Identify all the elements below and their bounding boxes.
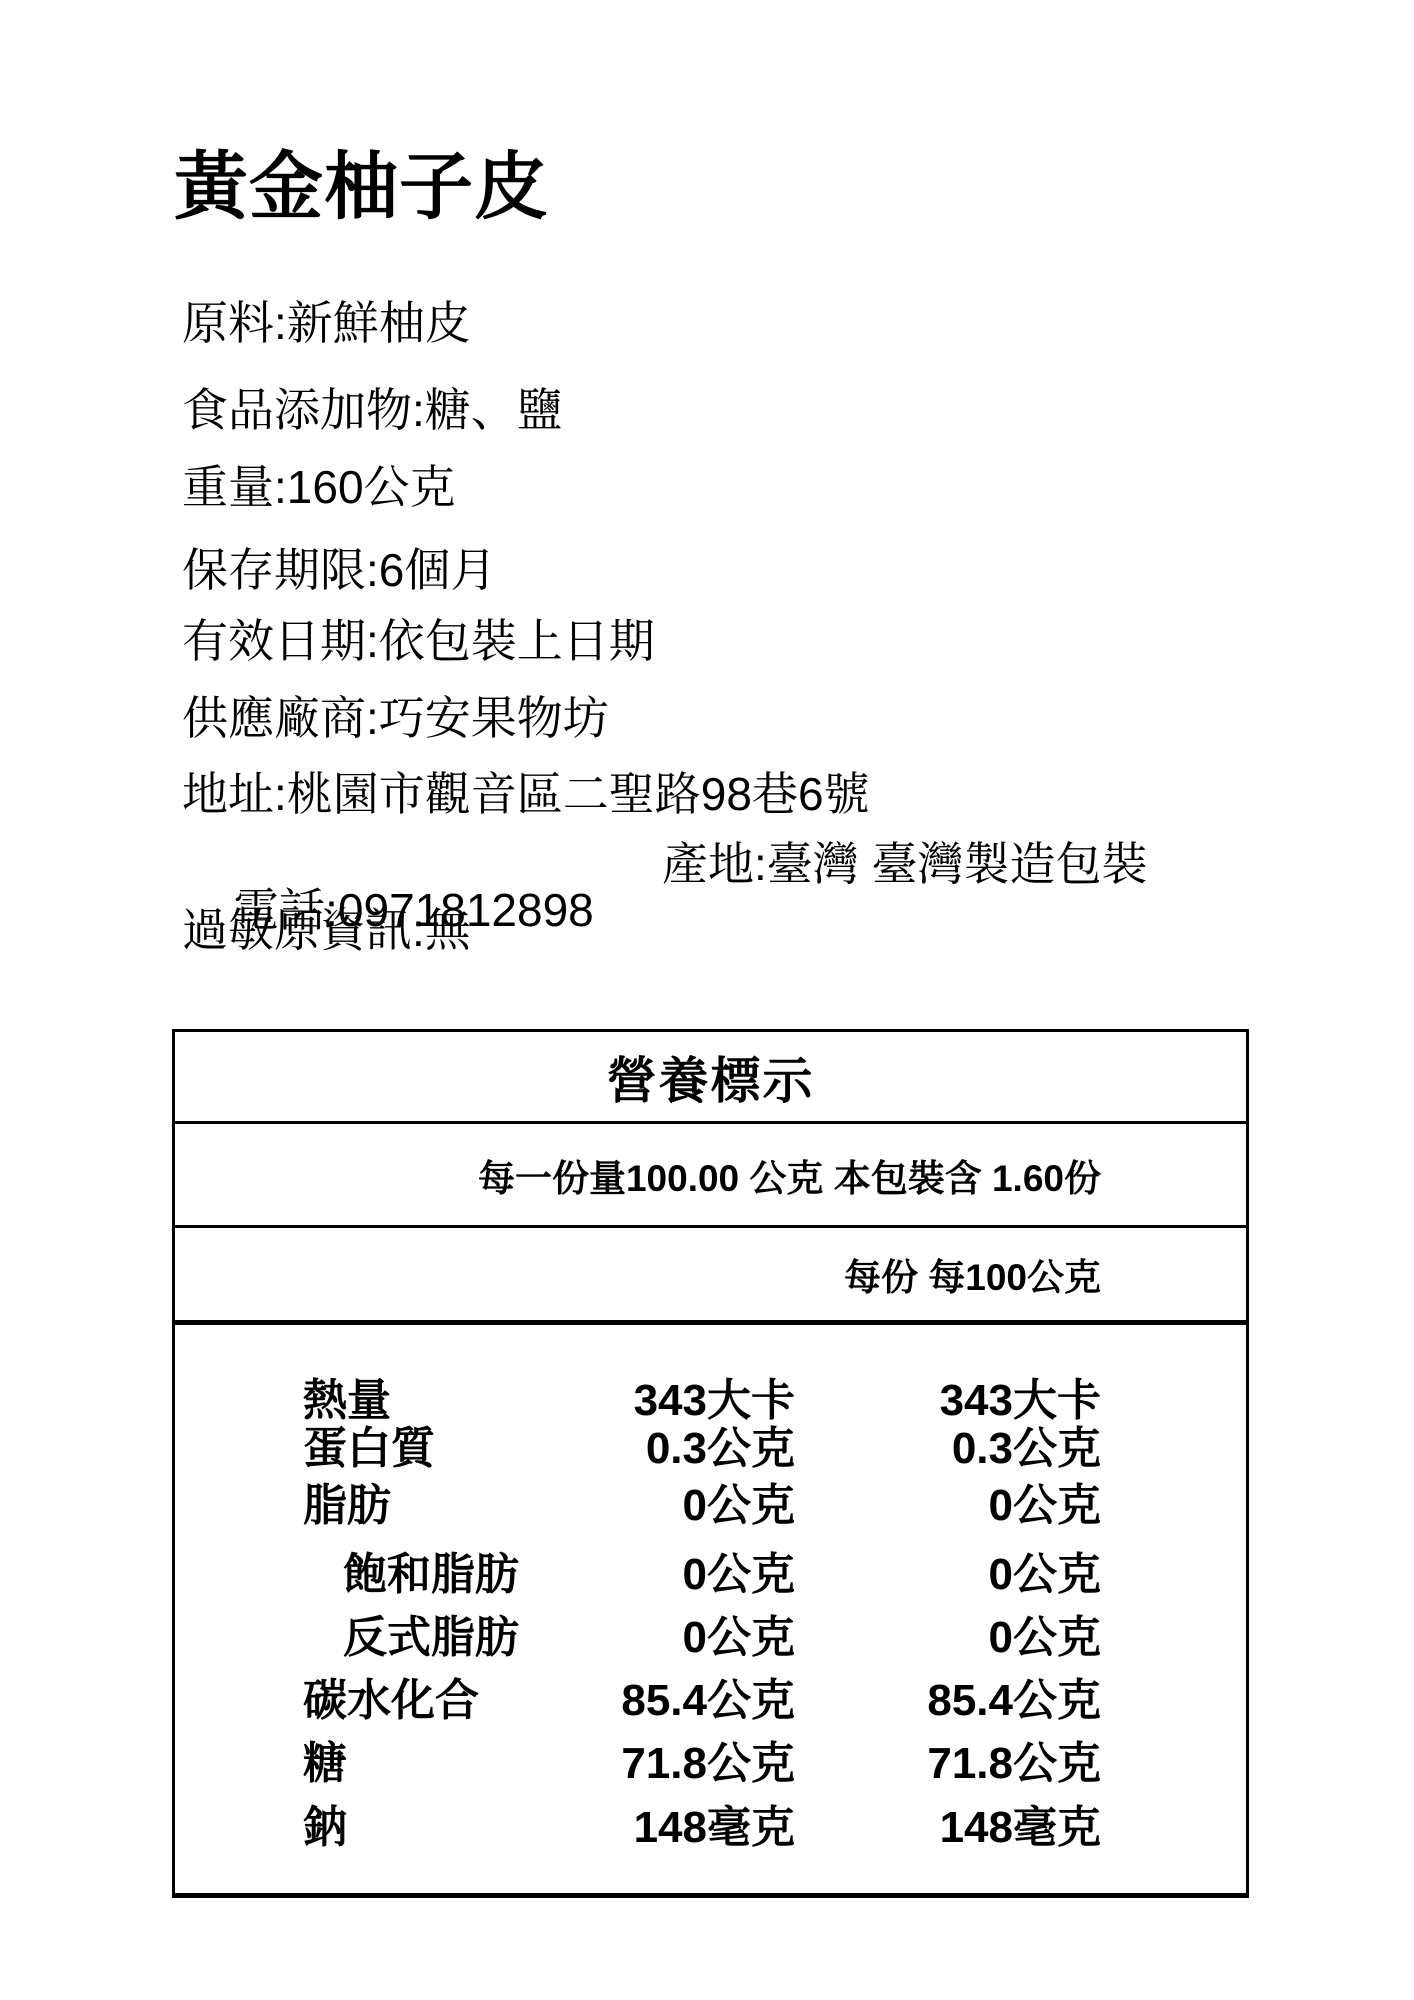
nutrition-row-protein: 蛋白質 0.3公克 0.3公克 xyxy=(175,1426,1246,1472)
nutrient-per-100g: 148毫克 xyxy=(940,1805,1101,1851)
nutrition-row-sodium: 鈉 148毫克 148毫克 xyxy=(175,1805,1246,1851)
nutrient-label: 碳水化合 xyxy=(303,1678,479,1724)
nutrition-row-carbohydrate: 碳水化合 85.4公克 85.4公克 xyxy=(175,1678,1246,1724)
nutrient-per-serving: 0公克 xyxy=(683,1552,795,1598)
info-line-expiry-date: 有效日期:依包裝上日期 xyxy=(182,618,655,664)
info-line-ingredients: 原料:新鮮柚皮 xyxy=(182,300,471,346)
nutrient-per-100g: 0公克 xyxy=(989,1552,1101,1598)
nutrition-row-fat: 脂肪 0公克 0公克 xyxy=(175,1483,1246,1529)
nutrition-row-sugar: 糖 71.8公克 71.8公克 xyxy=(175,1741,1246,1787)
nutrient-label: 鈉 xyxy=(303,1805,347,1851)
nutrient-label: 脂肪 xyxy=(303,1483,391,1529)
nutrient-label: 熱量 xyxy=(303,1378,391,1424)
info-line-supplier: 供應廠商:巧安果物坊 xyxy=(182,695,609,741)
nutrition-column-header: 每份 每100公克 xyxy=(175,1228,1246,1325)
nutrient-per-serving: 343大卡 xyxy=(634,1378,795,1424)
nutrition-table-title: 營養標示 xyxy=(175,1032,1246,1124)
nutrient-per-100g: 0公克 xyxy=(989,1615,1101,1661)
nutrient-per-100g: 0公克 xyxy=(989,1483,1101,1529)
nutrient-per-100g: 71.8公克 xyxy=(927,1741,1101,1787)
nutrient-per-serving: 85.4公克 xyxy=(621,1678,795,1724)
nutrient-label: 反式脂肪 xyxy=(343,1615,519,1661)
origin-text: 產地:臺灣 臺灣製造包裝 xyxy=(662,841,1148,887)
nutrient-per-serving: 0.3公克 xyxy=(646,1426,795,1472)
info-line-shelf-life: 保存期限:6個月 xyxy=(182,547,496,593)
nutrient-per-100g: 0.3公克 xyxy=(952,1426,1101,1472)
nutrient-per-100g: 85.4公克 xyxy=(927,1678,1101,1724)
nutrient-label: 蛋白質 xyxy=(303,1426,435,1472)
nutrient-per-serving: 0公克 xyxy=(683,1615,795,1661)
info-line-additives: 食品添加物:糖、鹽 xyxy=(182,387,563,433)
product-title: 黃金柚子皮 xyxy=(174,148,549,226)
nutrient-per-serving: 148毫克 xyxy=(634,1805,795,1851)
nutrient-per-serving: 0公克 xyxy=(683,1483,795,1529)
info-line-address: 地址:桃園市觀音區二聖路98巷6號 xyxy=(182,771,870,817)
info-line-allergen: 過敏原資訊:無 xyxy=(182,907,471,953)
nutrition-serving-line: 每一份量100.00 公克 本包裝含 1.60份 xyxy=(175,1124,1246,1228)
nutrition-row-saturated-fat: 飽和脂肪 0公克 0公克 xyxy=(175,1552,1246,1598)
nutrient-label: 飽和脂肪 xyxy=(343,1552,519,1598)
nutrient-label: 糖 xyxy=(303,1741,347,1787)
nutrition-row-trans-fat: 反式脂肪 0公克 0公克 xyxy=(175,1615,1246,1661)
nutrient-per-serving: 71.8公克 xyxy=(621,1741,795,1787)
nutrition-table: 營養標示 每一份量100.00 公克 本包裝含 1.60份 每份 每100公克 … xyxy=(172,1029,1249,1898)
nutrition-row-calories: 熱量 343大卡 343大卡 xyxy=(175,1378,1246,1424)
nutrient-per-100g: 343大卡 xyxy=(940,1378,1101,1424)
product-label-page: 黃金柚子皮 原料:新鮮柚皮 食品添加物:糖、鹽 重量:160公克 保存期限:6個… xyxy=(0,0,1414,2000)
nutrition-table-body: 熱量 343大卡 343大卡 蛋白質 0.3公克 0.3公克 脂肪 0公克 0公… xyxy=(175,1325,1246,1893)
info-line-weight: 重量:160公克 xyxy=(182,464,456,510)
